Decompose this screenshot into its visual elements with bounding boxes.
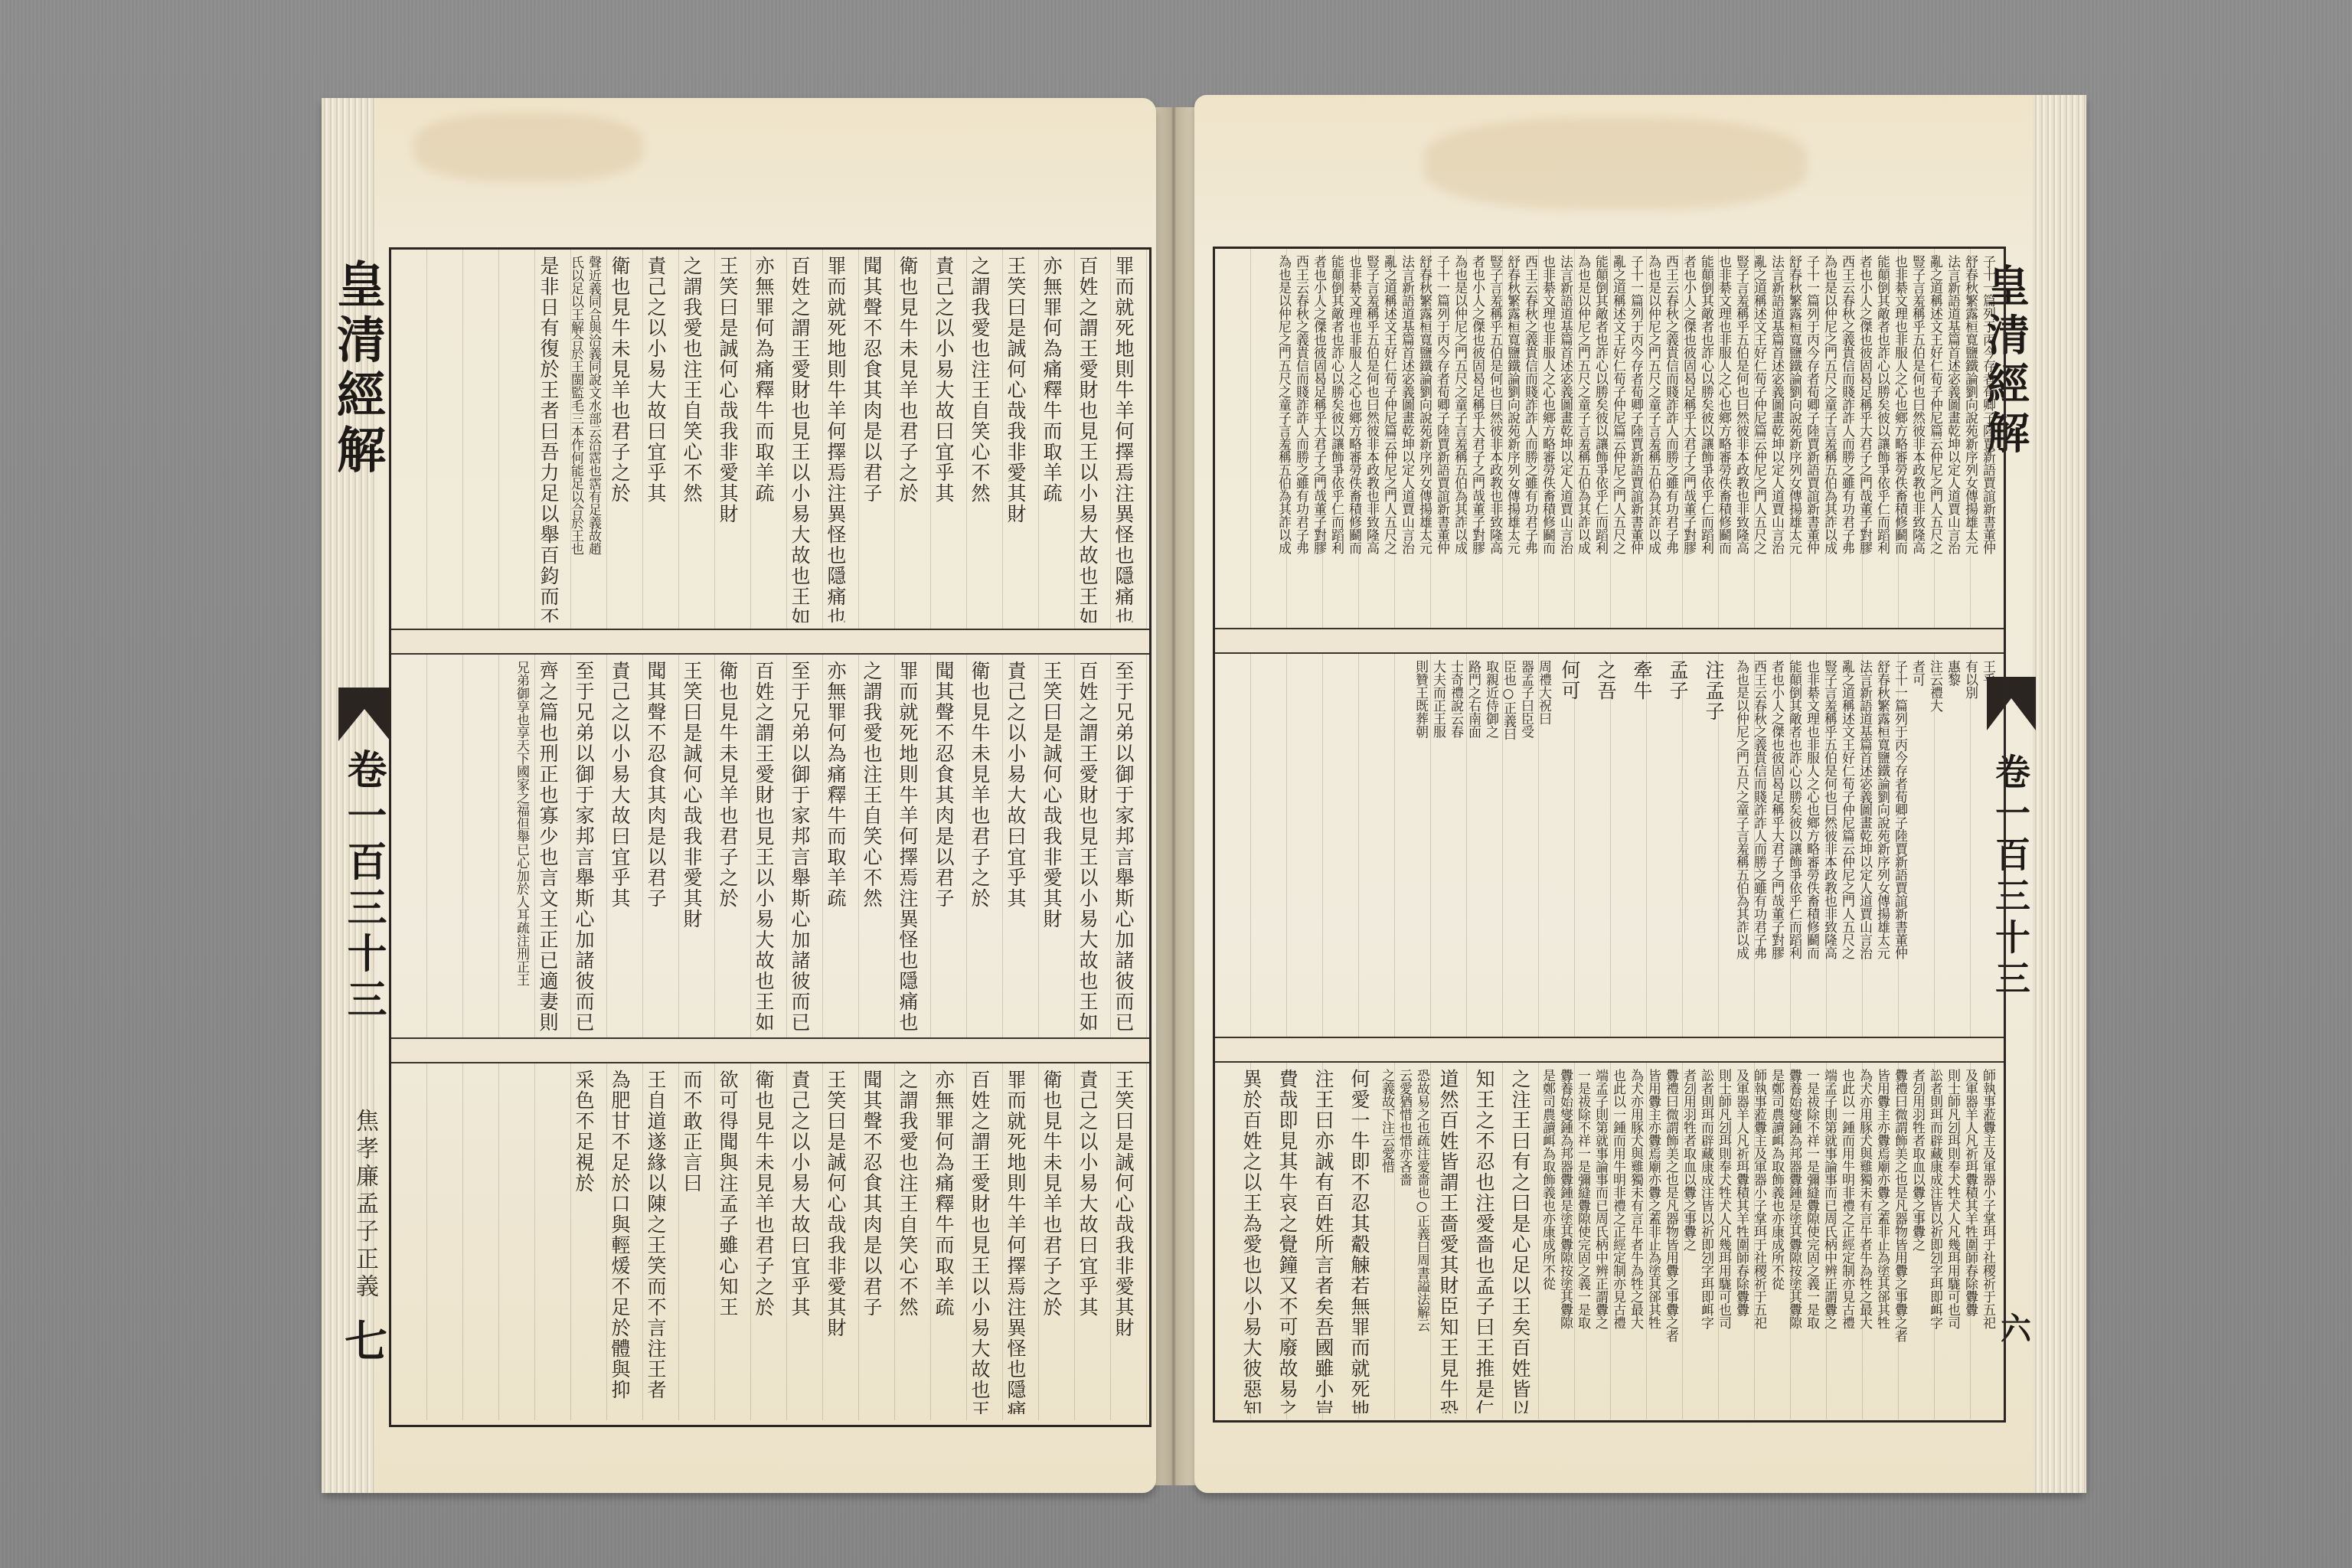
text-column: 異於百姓之以王為愛也以小易大彼惡知之王若 — [1233, 1069, 1269, 1413]
text-column: 罪而就死地則牛羊何擇焉注異怪也隱痛也孟子言無怪 — [818, 256, 854, 622]
text-column: 為肥甘不足於口與輕煖不足於體與抑 — [602, 1070, 638, 1414]
note-column: 者刉用羽牲者取血以釁之事釁之 — [1679, 1069, 1697, 1413]
text-column: 王笑曰是誠何心哉我非愛其財 — [1034, 661, 1070, 1031]
note-column: 子十一篇列于丙今存者荀卿子陸賈新語賈誼新書董仲 — [1432, 255, 1450, 622]
register-divider — [391, 1039, 1149, 1063]
note-column: 釁禮曰微謂飾美之也是凡器物皆用釁之事釁之者 — [1661, 1069, 1679, 1413]
running-head: 皇清經解 — [338, 259, 392, 479]
note-column: 舒春秋繁露桓寬鹽鐵論劉向說苑新序列女傳揚雄太元 — [1873, 660, 1890, 1031]
text-column: 而不敢正言曰 — [674, 1070, 710, 1414]
right-page: 皇清經解 卷一百三十三 六 子十一篇列于丙今存者荀卿子陸賈新語賈誼新書董仲 舒春… — [1194, 95, 2086, 1493]
note-column: 者也小人之傑也彼固曷足稱乎大君子之門哉董子對膠 — [1309, 255, 1327, 622]
note-column: 端孟子則第就事論事而已周氏柄中辨正謂釁之 — [1591, 1069, 1609, 1413]
register-divider — [1215, 1038, 2004, 1063]
text-column: 王笑曰是誠何心哉我非愛其財 — [998, 256, 1034, 622]
note-column: 大夫而正王服 — [1429, 660, 1446, 1031]
note-column: 皆用釁主亦釁焉廟亦釁之蓋非止為塗其郤其牲 — [1873, 1069, 1890, 1413]
note-column: 注云禮大 — [1926, 660, 1943, 1031]
text-column: 百姓之謂王愛財也見王以小易大故也王如痛其無罪羊 — [746, 661, 782, 1031]
text-column: 至于兄弟以御于家邦言舉斯心加諸彼而已注詩大雅思 — [782, 661, 818, 1031]
register-divider — [391, 630, 1149, 655]
note-column: 能顛倒其敵者也詐心以勝矣彼以讓飾爭依乎仁而蹈利 — [1591, 255, 1609, 622]
text-column: 至于兄弟以御于家邦言舉斯心加諸彼而已注詩大雅思 — [1106, 661, 1142, 1031]
note-column: 者也小人之傑也彼固曷足稱乎大君子之門哉董子對膠 — [1855, 255, 1873, 622]
text-column: 欲可得聞與注孟子雖心知王 — [710, 1070, 746, 1414]
text-column: 何可 — [1552, 660, 1588, 1031]
note-column: 為犬亦用豚犬與雞獨未有言牛者牛為牲之最大 — [1626, 1069, 1644, 1413]
note-column: 亂之道稱述文王好仁荀子仲尼篇云仲尼之門人五尺之 — [1837, 660, 1855, 1031]
note-column: 路門之右南面 — [1464, 660, 1481, 1031]
note-column: 皆用釁主亦釁焉廟亦釁之蓋非止為塗其郤其牲 — [1644, 1069, 1661, 1413]
note-column: 為也是以仲尼之門五尺之童子言羞稱五伯為其詐以成 — [1732, 660, 1749, 1031]
note-column: 氏以足以王解合於王閩監毛三本作何能足以合於王也 — [567, 256, 584, 622]
note-column: 者也小人之傑也彼固曷足稱乎大君子之門哉董子對膠 — [1767, 660, 1785, 1031]
note-column: 為也是以仲尼之門五尺之童子言羞稱五伯為其詐以成 — [1820, 255, 1837, 622]
note-column: 端孟子則第就事論事而已周氏柄中辨正謂釁之 — [1820, 1069, 1837, 1413]
note-column: 兄弟御享也享天下國家之福但舉已心加於人耳疏注刑正王 — [512, 661, 530, 1031]
text-column: 牽牛 — [1624, 660, 1660, 1031]
note-column: 能顛倒其敵者也詐心以勝矣彼以讓飾爭依乎仁而蹈利 — [1785, 660, 1802, 1031]
text-column: 聞其聲不忍食其肉是以君子 — [854, 256, 890, 622]
text-column: 費哉即見其牛哀之覺鐘又不可廢故易之以羊耳 — [1269, 1069, 1305, 1413]
note-column: 能顛倒其敵者也詐心以勝矣彼以讓飾爭依乎仁而蹈利 — [1873, 255, 1890, 622]
note-column: 恐故易之也疏注愛嗇也○正義曰周書謚法解云 — [1413, 1069, 1430, 1413]
note-column: 周禮大祝曰 — [1534, 660, 1552, 1031]
note-column: 釁養始燮鍾為邦器釁鍾是塗其釁隙按塗其釁隙 — [1785, 1069, 1802, 1413]
text-column: 責己之以小易大故曰宜乎其 — [782, 1070, 818, 1414]
note-column: 舒春秋繁露桓寬鹽鐵論劉向說苑新序列女傳揚雄太元 — [1503, 255, 1521, 622]
text-column: 采色不足視於 — [566, 1070, 602, 1414]
page-number: 七 — [345, 1308, 387, 1369]
note-column: 法言新語道基篇首述宓義圖畫乾坤以定人道賈山言治 — [1943, 255, 1961, 622]
right-fore-edge — [2033, 95, 2086, 1493]
text-column: 責己之以小易大故曰宜乎其 — [926, 256, 962, 622]
note-column: 子十一篇列于丙今存者荀卿子陸賈新語賈誼新書董仲 — [1626, 255, 1644, 622]
text-column: 衛也見牛未見羊也君子之於 — [746, 1070, 782, 1414]
note-column: 為也是以仲尼之門五尺之童子言羞稱五伯為其詐以成 — [1573, 255, 1591, 622]
note-column: 子十一篇列于丙今存者荀卿子陸賈新語賈誼新書董仲 — [1978, 255, 1996, 622]
note-column: 也非綦文理也非服人之心也鄉方略審勞佚畜積修鬬而 — [1538, 255, 1556, 622]
note-column: 豎子言羞稱乎五伯是何也曰然彼非本政教也非致隆高 — [1908, 255, 1926, 622]
volume-label: 卷一百三十三 — [338, 749, 392, 1024]
note-column: 臣也○正義曰 — [1499, 660, 1517, 1031]
note-column: 為也是以仲尼之門五尺之童子言羞稱五伯為其詐以成 — [1450, 255, 1468, 622]
register-middle: 至于兄弟以御于家邦言舉斯心加諸彼而已注詩大雅思 百姓之謂王愛財也見王以小易大故也… — [391, 655, 1149, 1039]
note-column: 舒春秋繁露桓寬鹽鐵論劉向說苑新序列女傳揚雄太元 — [1785, 255, 1802, 622]
text-column: 之注王曰有之曰是心足以王矣百姓皆以王為愛 — [1502, 1069, 1538, 1413]
note-column: 為也是以仲尼之門五尺之童子言羞稱五伯為其詐以成 — [1644, 255, 1661, 622]
register-divider — [1215, 629, 2004, 654]
note-column: 釁禮曰微謂飾美之也是凡器物皆用釁之事釁之者 — [1890, 1069, 1908, 1413]
note-column: 者也小人之傑也彼固曷足稱乎大君子之門哉董子對膠 — [1679, 255, 1697, 622]
note-column: 也此以一鍾而用牛明非禮之正經定制亦見古禮 — [1837, 1069, 1855, 1413]
note-column: 為犬亦用豚犬與雞獨未有言牛者牛為牲之最大 — [1855, 1069, 1873, 1413]
text-column: 王笑曰是誠何心哉我非愛其財 — [818, 1070, 854, 1414]
note-column: 訟者則珥而辟藏康成注皆以祈即刉字珥即衈字 — [1926, 1069, 1943, 1413]
text-frame: 罪而就死地則牛羊何擇焉注異怪也隱痛也孟子言無怪 百姓之謂王愛財也見王以小易大故也… — [389, 247, 1151, 1427]
text-column: 亦無罪何為痛釋牛而取羊疏 — [926, 1070, 962, 1414]
note-column: 西王云春秋之義貴信而賤詐詐人而勝之雖有功君子弗 — [1837, 255, 1855, 622]
text-column: 亦無罪何為痛釋牛而取羊疏 — [818, 661, 854, 1031]
text-column: 之謂我愛也注王自笑心不然 — [890, 1070, 926, 1414]
note-column: 為也是以仲尼之門五尺之童子言羞稱五伯為其詐以成 — [1274, 255, 1292, 622]
text-column: 道然百姓皆謂王嗇愛其財臣知王見牛恐懼不欲 — [1430, 1069, 1466, 1413]
note-column: 亂之道稱述文王好仁荀子仲尼篇云仲尼之門人五尺之 — [1609, 255, 1626, 622]
text-column: 罪而就死地則牛羊何擇焉注異怪也隱痛也孟子言無怪 — [1106, 256, 1142, 622]
text-column: 百姓之謂王愛財也見王以小易大故也王如痛其無罪羊 — [1070, 661, 1106, 1031]
register-top: 子十一篇列于丙今存者荀卿子陸賈新語賈誼新書董仲 舒春秋繁露桓寬鹽鐵論劉向說苑新序… — [1215, 249, 2004, 629]
text-column: 王笑曰是誠何心哉我非愛其財 — [1106, 1070, 1142, 1414]
note-column: 法言新語道基篇首述宓義圖畫乾坤以定人道賈山言治 — [1397, 255, 1415, 622]
note-column: 豎子言羞稱乎五伯是何也曰然彼非本政教也非致隆高 — [1820, 660, 1837, 1031]
note-column: 也非綦文理也非服人之心也鄉方略審勞佚畜積修鬬而 — [1802, 660, 1820, 1031]
text-frame: 子十一篇列于丙今存者荀卿子陸賈新語賈誼新書董仲 舒春秋繁露桓寬鹽鐵論劉向說苑新序… — [1213, 247, 2006, 1423]
text-column: 何愛一牛即不忍其觳觫若無罪而就死地故以羊 — [1341, 1069, 1377, 1413]
note-column: 王乎 — [1978, 660, 1996, 1031]
note-column: 西王云春秋之義貴信而賤詐詐人而勝之雖有功君子弗 — [1661, 255, 1679, 622]
note-column: 能顛倒其敵者也詐心以勝矣彼以讓飾爭依乎仁而蹈利 — [1327, 255, 1344, 622]
note-column: 聲近義同合與洽義同說文水部云洽霑也霑有足義故趙 — [584, 256, 602, 622]
text-column: 亦無罪何為痛釋牛而取羊疏 — [1034, 256, 1070, 622]
note-column: 是鄭司農讀衈為取飾義也亦康成所不從 — [1538, 1069, 1556, 1413]
note-column: 一是祓除不祥一是彌縫釁隙使完固之義一是取 — [1802, 1069, 1820, 1413]
note-column: 豎子言羞稱乎五伯是何也曰然彼非本政教也非致隆高 — [1362, 255, 1380, 622]
note-column: 則士師凡刉珥則奉犬牲犬人凡幾珥用駹可也司 — [1943, 1069, 1961, 1413]
note-column: 是鄭司農讀衈為取飾義也亦康成所不從 — [1767, 1069, 1785, 1413]
text-column: 責己之以小易大故曰宜乎其 — [998, 661, 1034, 1031]
note-column: 亂之道稱述文王好仁荀子仲尼篇云仲尼之門人五尺之 — [1749, 255, 1767, 622]
note-column: 豎子言羞稱乎五伯是何也曰然彼非本政教也非致隆高 — [1485, 255, 1503, 622]
text-column: 之謂我愛也注王自笑心不然 — [962, 256, 998, 622]
text-column: 之謂我愛也注王自笑心不然 — [854, 661, 890, 1031]
note-column: 有以別 — [1961, 660, 1978, 1031]
text-column: 衛也見牛未見羊也君子之於 — [1034, 1070, 1070, 1414]
note-column: 西王云春秋之義貴信而賤詐詐人而勝之雖有功君子弗 — [1292, 255, 1309, 622]
text-column: 責己之以小易大故曰宜乎其 — [1070, 1070, 1106, 1414]
text-column: 是非日有復於王者曰吾力足以舉百鈞而不足以舉一羽明 — [531, 256, 567, 622]
note-column: 也非綦文理也非服人之心也鄉方略審勞佚畜積修鬬而 — [1344, 255, 1362, 622]
text-column: 責己之以小易大故曰宜乎其 — [602, 661, 638, 1031]
text-column: 衛也見牛未見羊也君子之於 — [710, 661, 746, 1031]
text-column: 注孟子 — [1696, 660, 1732, 1031]
paper-stain — [1424, 118, 1807, 210]
text-column: 衛也見牛未見羊也君子之於 — [962, 661, 998, 1031]
text-column: 聞其聲不忍食其肉是以君子 — [926, 661, 962, 1031]
note-column: 云愛猶惜也惜亦吝嗇 — [1395, 1069, 1413, 1413]
text-column: 亦無罪何為痛釋牛而取羊疏 — [746, 256, 782, 622]
note-column: 法言新語道基篇首述宓義圖畫乾坤以定人道賈山言治 — [1767, 255, 1785, 622]
note-column: 也非綦文理也非服人之心也鄉方略審勞佚畜積修鬬而 — [1890, 255, 1908, 622]
note-column: 釁養始燮鍾為邦器釁鍾是塗其釁隙按塗其釁隙 — [1556, 1069, 1573, 1413]
text-column: 責己之以小易大故曰宜乎其 — [638, 256, 674, 622]
note-column: 則贊王既葬朝 — [1411, 660, 1429, 1031]
note-column: 亂之道稱述文王好仁荀子仲尼篇云仲尼之門人五尺之 — [1926, 255, 1943, 622]
text-column: 罪而就死地則牛羊何擇焉注異怪也隱痛也孟子言無怪 — [890, 661, 926, 1031]
note-column: 子十一篇列于丙今存者荀卿子陸賈新語賈誼新書董仲 — [1802, 255, 1820, 622]
text-column: 百姓之謂王愛財也見王以小易大故也王如痛其無罪羊 — [782, 256, 818, 622]
register-bottom: 王笑曰是誠何心哉我非愛其財 責己之以小易大故曰宜乎其 衛也見牛未見羊也君子之於 … — [391, 1063, 1149, 1420]
text-column: 衛也見牛未見羊也君子之於 — [890, 256, 926, 622]
text-column: 知王之不忍也注愛嗇也孟子曰王推是仁心足以 — [1466, 1069, 1502, 1413]
text-column: 王笑曰是誠何心哉我非愛其財 — [674, 661, 710, 1031]
text-column: 百姓之謂王愛財也見王以小易大故也王如痛其無罪羊 — [962, 1070, 998, 1414]
note-column: 子十一篇列于丙今存者荀卿子陸賈新語賈誼新書董仲 — [1890, 660, 1908, 1031]
note-column: 惠黎 — [1943, 660, 1961, 1031]
note-column: 者可 — [1908, 660, 1926, 1031]
note-column: 能顛倒其敵者也詐心以勝矣彼以讓飾爭依乎仁而蹈利 — [1697, 255, 1714, 622]
note-column: 西王云春秋之義貴信而賤詐詐人而勝之雖有功君子弗 — [1749, 660, 1767, 1031]
text-column: 孟子 — [1660, 660, 1696, 1031]
note-column: 法言新語道基篇首述宓義圖畫乾坤以定人道賈山言治 — [1556, 255, 1573, 622]
note-column: 器孟子曰臣受 — [1517, 660, 1534, 1031]
note-column: 者也小人之傑也彼固曷足稱乎大君子之門哉董子對膠 — [1468, 255, 1485, 622]
paper-stain — [413, 113, 643, 182]
note-column: 亂之道稱述文王好仁荀子仲尼篇云仲尼之門人五尺之 — [1380, 255, 1397, 622]
note-column: 士奇禮說云春 — [1446, 660, 1464, 1031]
text-column: 罪而就死地則牛羊何擇焉注異怪也隱痛也孟子言無怪 — [998, 1070, 1034, 1414]
note-column: 也此以一鍾而用牛明非禮之正經定制亦見古禮 — [1609, 1069, 1626, 1413]
note-column: 師執事蒞釁主及軍器小子掌珥于社稷祈于五祀 — [1749, 1069, 1767, 1413]
text-column: 齊之篇也刑正也寡少也言文王正已適妻則八妾從以及 — [530, 661, 566, 1031]
register-bottom: 師執事蒞釁主及軍器小子掌珥于社稷祈于五祀 及軍器羊人凡祈珥釁積其羊牲圍師春除釁釁… — [1215, 1063, 2004, 1419]
text-column: 百姓之謂王愛財也見王以小易大故也王如痛其無罪羊 — [1070, 256, 1106, 622]
text-column: 聞其聲不忍食其肉是以君子 — [638, 661, 674, 1031]
text-column: 注王曰亦誠有百姓所言者矣吾國雖小豈愛惜一 — [1305, 1069, 1341, 1413]
text-column: 至于兄弟以御于家邦言舉斯心加諸彼而已注詩大雅思 — [566, 661, 602, 1031]
note-column: 舒春秋繁露桓寬鹽鐵論劉向說苑新序列女傳揚雄太元 — [1961, 255, 1978, 622]
author-title: 焦孝廉孟子正義 — [348, 1109, 381, 1302]
note-column: 者刉用羽牲者取血以釁之事釁之 — [1908, 1069, 1926, 1413]
register-middle: 王乎 有以別 惠黎 注云禮大 者可 子十一篇列于丙今存者荀卿子陸賈新語賈誼新書董… — [1215, 654, 2004, 1038]
text-column: 之謂我愛也注王自笑心不然 — [674, 256, 710, 622]
text-column: 王笑曰是誠何心哉我非愛其財 — [710, 256, 746, 622]
note-column: 師執事蒞釁主及軍器小子掌珥于社稷祈于五祀 — [1978, 1069, 1996, 1413]
note-column: 取親近侍御之 — [1481, 660, 1499, 1031]
note-column: 舒春秋繁露桓寬鹽鐵論劉向說苑新序列女傳揚雄太元 — [1415, 255, 1432, 622]
note-column: 之義故下注云愛惜 — [1377, 1069, 1395, 1413]
text-column: 之吾 — [1588, 660, 1624, 1031]
note-column: 及軍器羊人凡祈珥釁積其羊牲圍師春除釁釁 — [1961, 1069, 1978, 1413]
note-column: 及軍器羊人凡祈珥釁積其羊牲圍師春除釁釁 — [1732, 1069, 1749, 1413]
note-column: 一是祓除不祥一是彌縫釁隙使完固之義一是取 — [1573, 1069, 1591, 1413]
note-column: 西王云春秋之義貴信而賤詐詐人而勝之雖有功君子弗 — [1521, 255, 1538, 622]
left-page: 皇清經解 卷一百三十三 焦孝廉孟子正義 七 罪而就死地則牛羊何擇焉注異怪也隱痛也… — [322, 98, 1156, 1493]
text-column: 聞其聲不忍食其肉是以君子 — [854, 1070, 890, 1414]
note-column: 訟者則珥而辟藏康成注皆以祈即刉字珥即衈字 — [1697, 1069, 1714, 1413]
note-column: 豎子言羞稱乎五伯是何也曰然彼非本政教也非致隆高 — [1732, 255, 1749, 622]
register-top: 罪而就死地則牛羊何擇焉注異怪也隱痛也孟子言無怪 百姓之謂王愛財也見王以小易大故也… — [391, 250, 1149, 630]
note-column: 法言新語道基篇首述宓義圖畫乾坤以定人道賈山言治 — [1855, 660, 1873, 1031]
note-column: 則士師凡刉珥則奉犬牲犬人凡幾珥用駹可也司 — [1714, 1069, 1732, 1413]
note-column: 也非綦文理也非服人之心也鄉方略審勞佚畜積修鬬而 — [1714, 255, 1732, 622]
text-column: 王自道遂緣以陳之王笑而不言注王者 — [638, 1070, 674, 1414]
text-column: 衛也見牛未見羊也君子之於 — [602, 256, 638, 622]
